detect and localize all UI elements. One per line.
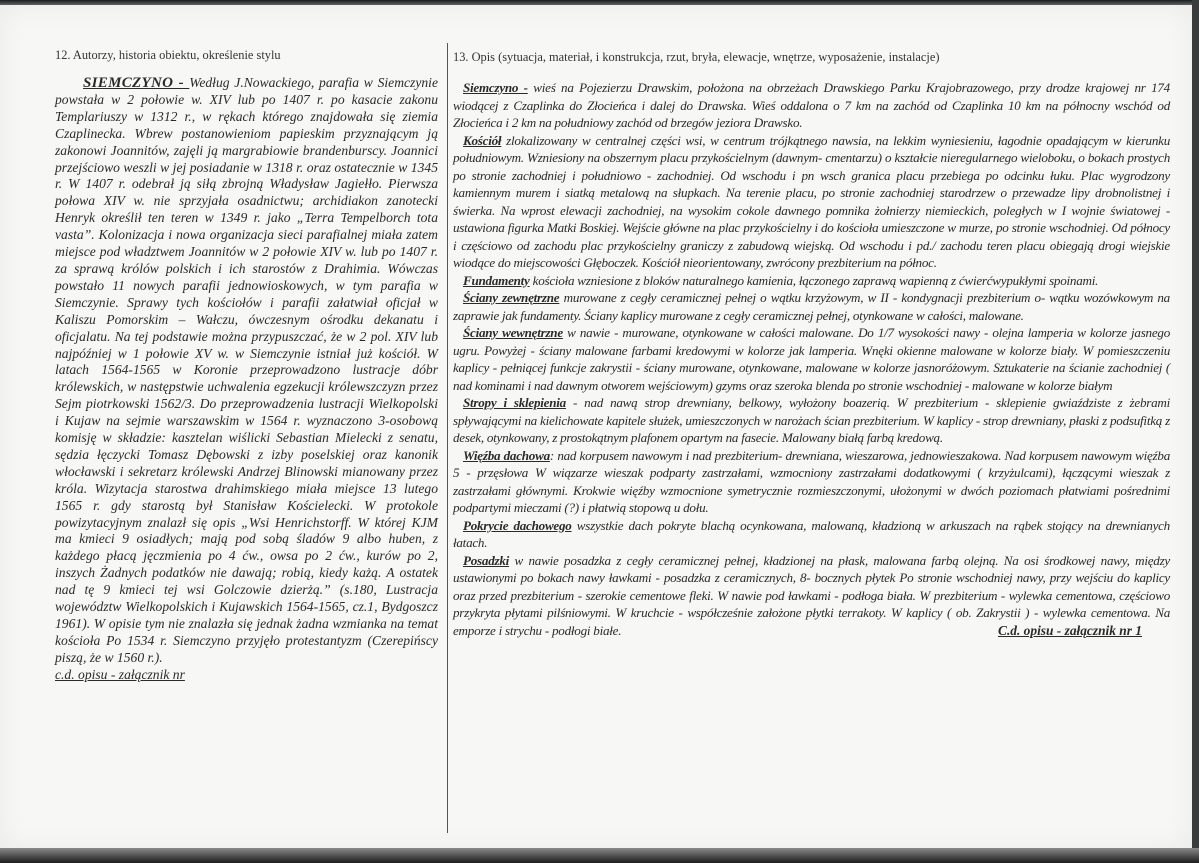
scan-bottom-edge — [0, 848, 1199, 863]
column-divider — [447, 43, 448, 833]
description-paragraph-foundations: Fundamenty kościoła wzniesione z bloków … — [453, 272, 1170, 290]
text-kosciol: zlokalizowany w centralnej części wsi, w… — [453, 133, 1170, 271]
description-paragraph-location: Siemczyno - wieś na Pojezierzu Drawskim,… — [453, 79, 1170, 132]
lead-wiezba: Więźba dachowa — [463, 448, 550, 463]
section-13-heading: 13. Opis (sytuacja, materiał, i konstruk… — [453, 50, 1170, 65]
document-page: 12. Autorzy, historia obiektu, określeni… — [0, 5, 1192, 850]
lead-siemczyno: Siemczyno - — [463, 80, 528, 95]
lead-fundamenty: Fundamenty — [463, 273, 530, 288]
floors-block: Posadzki w nawie posadzka z cegły cerami… — [453, 552, 1170, 640]
description-paragraph-exterior-walls: Ściany zewnętrzne murowane z cegły ceram… — [453, 289, 1170, 324]
history-body: Według J.Nowackiego, parafia w Siemczyni… — [55, 75, 438, 665]
description-paragraph-church: Kościół zlokalizowany w centralnej częśc… — [453, 132, 1170, 272]
description-continuation-link[interactable]: C.d. opisu - załącznik nr 1 — [998, 623, 1142, 639]
history-continuation-link[interactable]: c.d. opisu - załącznik nr — [55, 667, 438, 683]
lead-stropy: Stropy i sklepienia — [463, 395, 566, 410]
description-paragraph-roof-truss: Więźba dachowa: nad korpusem nawowym i n… — [453, 447, 1170, 517]
history-lead: SIEMCZYNO - — [83, 75, 189, 91]
description-paragraph-roofing: Pokrycie dachowego wszystkie dach pokryt… — [453, 517, 1170, 552]
text-sciany-zewnetrzne: murowane z cegły ceramicznej pełnej o wą… — [453, 290, 1170, 323]
description-paragraph-interior-walls: Ściany wewnętrzne w nawie - murowane, ot… — [453, 324, 1170, 394]
text-fundamenty: kościoła wzniesione z bloków naturalnego… — [530, 273, 1098, 288]
lead-pokrycie: Pokrycie dachowego — [463, 518, 572, 533]
history-section: 12. Autorzy, historia obiektu, określeni… — [55, 48, 438, 683]
scan-right-edge — [1192, 0, 1199, 863]
text-siemczyno: wieś na Pojezierzu Drawskim, położona na… — [453, 80, 1170, 130]
section-12-heading: 12. Autorzy, historia obiektu, określeni… — [55, 48, 438, 63]
description-paragraph-ceilings: Stropy i sklepienia - nad nawą strop dre… — [453, 394, 1170, 447]
description-section: 13. Opis (sytuacja, materiał, i konstruk… — [453, 50, 1170, 639]
lead-kosciol: Kościół — [463, 133, 501, 148]
text-wiezba: : nad korpusem nawowym i nad prezbiteriu… — [453, 448, 1170, 516]
lead-sciany-zewnetrzne: Ściany zewnętrzne — [463, 290, 559, 305]
lead-posadzki: Posadzki — [463, 553, 509, 568]
history-paragraph: SIEMCZYNO - Według J.Nowackiego, parafia… — [55, 75, 438, 667]
lead-sciany-wewnetrzne: Ściany wewnętrzne — [463, 325, 563, 340]
